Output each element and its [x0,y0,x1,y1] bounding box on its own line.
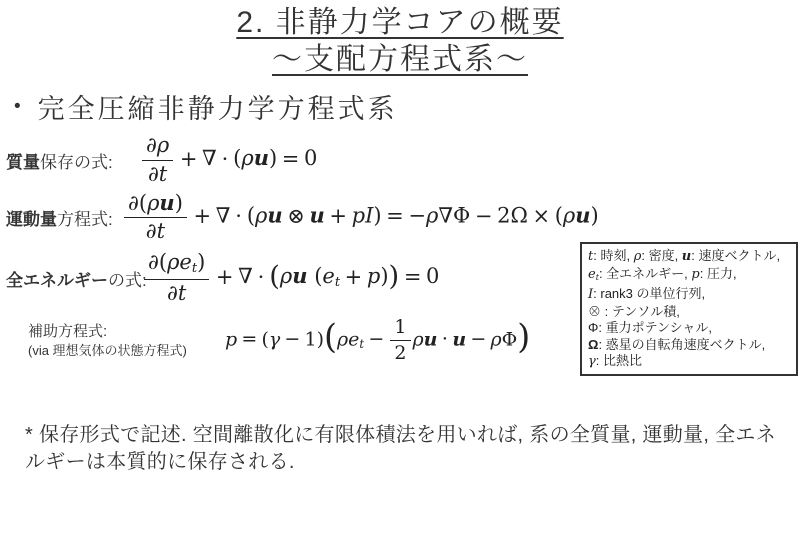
slide-title: 2. 非静力学コアの概要 ～支配方程式系～ [0,4,800,78]
equation-math-momentum: ∂(ρu)∂t+∇⋅(ρu⊗u+pI)=−ρ∇Φ−2Ω×(ρu) [122,191,599,243]
legend-line-gravity-potential: Φ: 重力ポテンシャル, [588,320,790,337]
title-line-1-text: 2. 非静力学コアの概要 [236,6,563,39]
equation-label-mass: 質量保存の式: [6,148,140,173]
title-line-2-text: ～支配方程式系～ [272,43,528,76]
legend-line-specific-heat-ratio: γ: 比熱比 [588,353,790,371]
equation-row-momentum: 運動量方程式: ∂(ρu)∂t+∇⋅(ρu⊗u+pI)=−ρ∇Φ−2Ω×(ρu) [6,190,599,244]
legend-line-energy-pressure: et: 全エネルギー, p: 圧力, [588,266,790,286]
equation-row-auxiliary: 補助方程式: (via 理想気体の状態方程式) p=(γ−1)(ρet−12ρu… [28,309,530,371]
auxiliary-label-line-1: 補助方程式: [28,322,225,342]
bullet-icon: • [14,96,21,118]
legend-line-tensor-product: ⊗ : テンソル積, [588,304,790,321]
equation-math-auxiliary: p=(γ−1)(ρet−12ρu⋅u−ρΦ) [225,317,530,364]
equation-label-momentum: 運動量方程式: [6,205,122,230]
equation-row-total-energy: 全エネルギーの式: ∂(ρet)∂t+∇⋅(ρu (et+p))=0 [6,250,439,306]
footnote: * 保存形式で記述. 空間離散化に有限体積法を用いれば, 系の全質量, 運動量,… [25,422,785,476]
slide: 2. 非静力学コアの概要 ～支配方程式系～ • 完全圧縮非静力学方程式系 質量保… [0,0,800,533]
legend-line-angular-velocity: Ω: 惑星の自転角速度ベクトル, [588,337,790,354]
legend-line-time-density-velocity: t: 時刻, ρ: 密度, u: 速度ベクトル, [588,248,790,266]
equation-row-mass-conservation: 質量保存の式: ∂ρ∂t+∇⋅(ρu)=0 [6,133,317,187]
bullet-item: • 完全圧縮非静力学方程式系 [14,87,398,126]
variable-legend-box: t: 時刻, ρ: 密度, u: 速度ベクトル, et: 全エネルギー, p: … [580,242,798,376]
equation-label-energy: 全エネルギーの式: [6,266,142,291]
equation-math-mass: ∂ρ∂t+∇⋅(ρu)=0 [140,134,317,185]
legend-line-identity-matrix: I: rank3 の単位行列, [588,286,790,304]
auxiliary-label-line-2: (via 理想気体の状態方程式) [28,342,225,359]
equation-math-energy: ∂(ρet)∂t+∇⋅(ρu (et+p))=0 [142,251,439,304]
bullet-text: 完全圧縮非静力学方程式系 [38,87,398,126]
equation-label-auxiliary: 補助方程式: (via 理想気体の状態方程式) [28,322,225,359]
title-line-1: 2. 非静力学コアの概要 [0,4,800,41]
title-line-2: ～支配方程式系～ [0,41,800,78]
